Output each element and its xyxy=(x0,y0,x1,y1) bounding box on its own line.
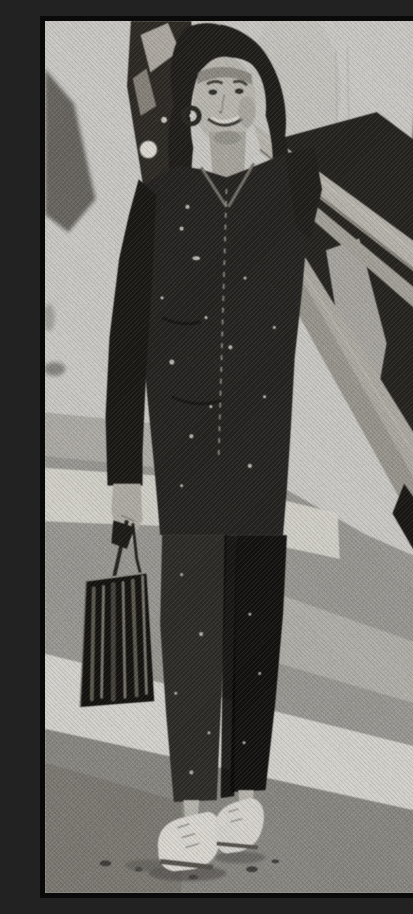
photo-stage xyxy=(45,21,413,893)
newsprint-photo: Grainy black-and-white newsprint photogr… xyxy=(40,16,413,898)
photo-illustration xyxy=(45,21,413,893)
halftone-grain xyxy=(45,21,413,893)
